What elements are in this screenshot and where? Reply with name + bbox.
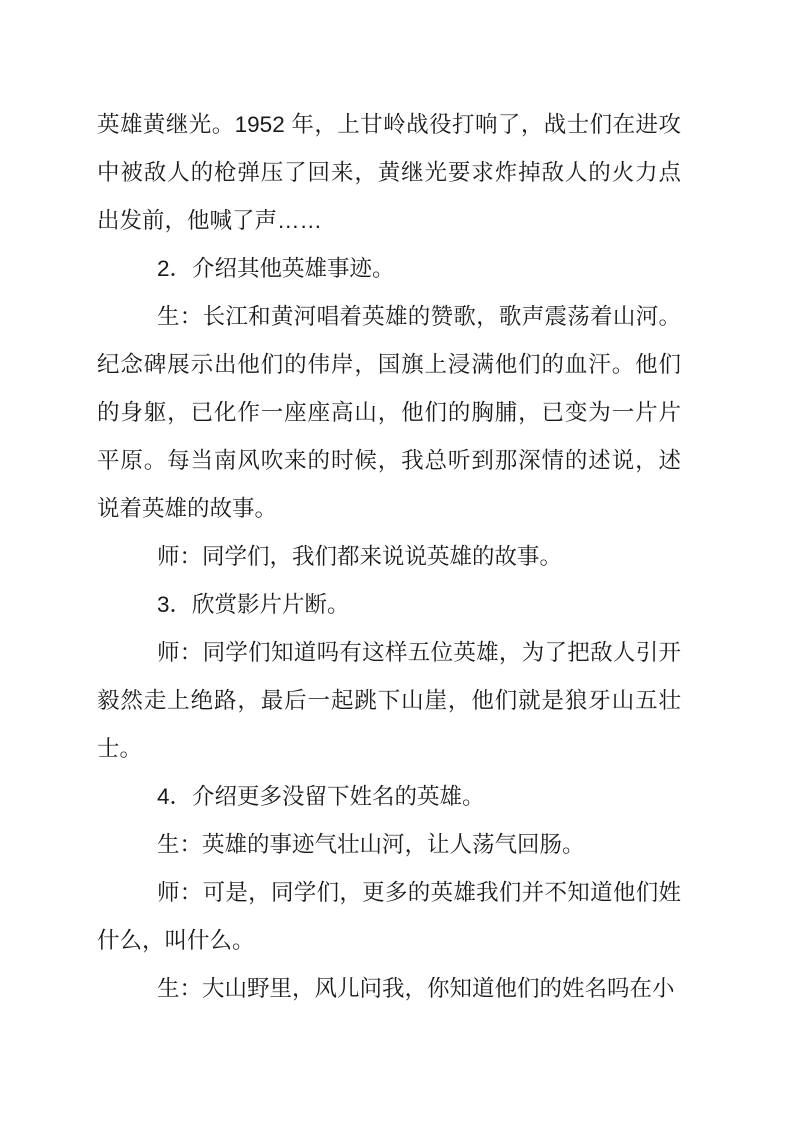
document-page: 英雄黄继光。1952 年，上甘岭战役打响了，战士们在进攻中被敌人的枪弹压了回来，… [0,0,793,1122]
paragraph: 4．介绍更多没留下姓名的英雄。 [97,773,681,821]
paragraph: 生：长江和黄河唱着英雄的赞歌，歌声震荡着山河。纪念碑展示出他们的伟岸，国旗上浸满… [97,293,681,533]
paragraph: 生：大山野里，风儿问我，你知道他们的姓名吗在小 [97,965,681,1013]
document-text-block: 英雄黄继光。1952 年，上甘岭战役打响了，战士们在进攻中被敌人的枪弹压了回来，… [97,101,681,1013]
paragraph: 2．介绍其他英雄事迹。 [97,245,681,293]
paragraph: 3．欣赏影片片断。 [97,581,681,629]
paragraph: 师：同学们知道吗有这样五位英雄，为了把敌人引开毅然走上绝路，最后一起跳下山崖，他… [97,629,681,773]
paragraph: 英雄黄继光。1952 年，上甘岭战役打响了，战士们在进攻中被敌人的枪弹压了回来，… [97,101,681,245]
paragraph: 师：同学们，我们都来说说英雄的故事。 [97,533,681,581]
paragraph: 生：英雄的事迹气壮山河，让人荡气回肠。 [97,821,681,869]
paragraph: 师：可是，同学们，更多的英雄我们并不知道他们姓什么，叫什么。 [97,869,681,965]
